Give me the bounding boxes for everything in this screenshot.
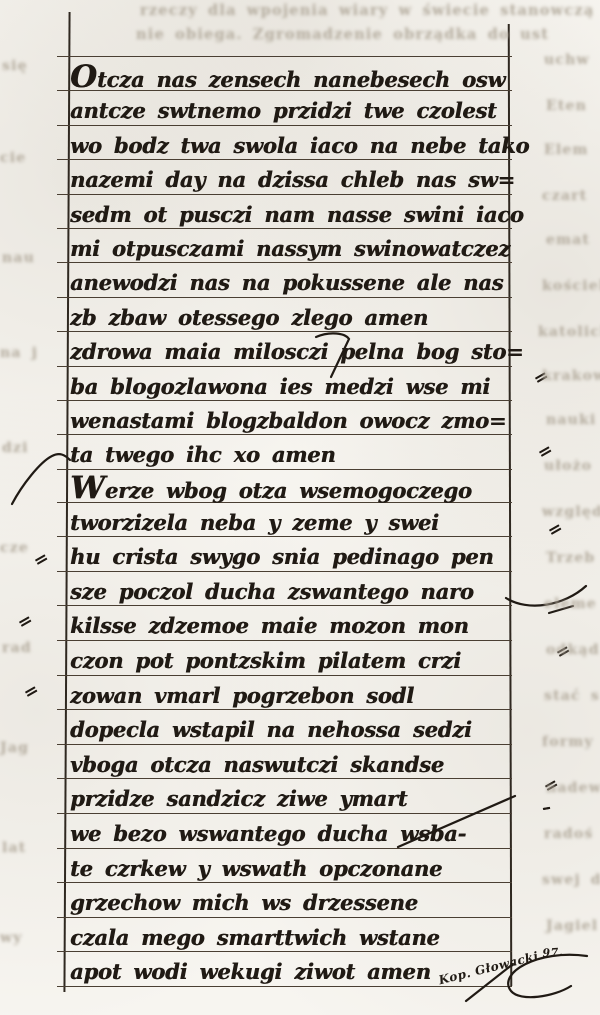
manuscript-line: sze poczol ducha zswantego naro: [57, 572, 512, 607]
manuscript-line: przidze sandzicz ziwe ymart: [57, 779, 512, 814]
manuscript-line: we bezo wswantego ducha wsba-: [57, 814, 512, 849]
bleedthrough-print-text: odkąd: [546, 642, 600, 658]
creed-text-block: Werze wbog otza wsemogoczegotworzizela n…: [57, 468, 512, 987]
manuscript-line: czon pot pontzskim pilatem crzi: [57, 641, 512, 676]
manuscript-line: Otcza nas zensech nanebesech osw: [57, 57, 512, 91]
bleedthrough-print-text: Jagiel: [546, 918, 598, 934]
manuscript-line: ta twego ihc xo amen: [57, 435, 512, 469]
bleedthrough-print-text: nadew: [546, 780, 600, 796]
manuscript-line: hu crista swygo snia pedinago pen: [57, 537, 512, 572]
manuscript-line: Werze wbog otza wsemogoczego: [57, 468, 512, 503]
bleedthrough-print-text: lat: [2, 840, 26, 856]
bleedthrough-print-text: eleme: [544, 596, 597, 612]
manuscript-line: te czrkew y wswath opczonane: [57, 849, 512, 884]
manuscript-line: wo bodz twa swola iaco na nebe tako: [57, 126, 512, 160]
manuscript-line: zb zbaw otessego zlego amen: [57, 298, 512, 332]
bleedthrough-print-text: na j: [0, 345, 38, 361]
bleedthrough-print-text: Trzeb: [546, 550, 595, 566]
bleedthrough-print-text: Eten: [546, 98, 587, 114]
manuscript-line: ba blogozlawona ies medzi wse mi: [57, 367, 512, 401]
margin-hyphen-mark: –: [540, 797, 552, 818]
bleedthrough-print-text: ułożo: [544, 458, 592, 474]
manuscript-line: kilsse zdzemoe maie mozon mon: [57, 606, 512, 641]
bleedthrough-print-text: nauki: [546, 412, 596, 428]
manuscript-line: wenastami blogzbaldon owocz zmo=: [57, 401, 512, 435]
manuscript-line: vboga otcza naswutczi skandse: [57, 745, 512, 780]
manuscript-line: mi otpusczami nassym swinowatczez: [57, 229, 512, 263]
margin-hyphen-mark: =: [20, 680, 42, 704]
bleedthrough-print-text: Elem: [544, 142, 589, 158]
bleedthrough-print-text: krakow: [542, 368, 600, 384]
manuscript-line: sedm ot pusczi nam nasse swini iaco: [57, 195, 512, 229]
bleedthrough-print-text: względ: [542, 504, 600, 520]
bleedthrough-print-text: swej d: [542, 872, 600, 888]
bleedthrough-print-text: Jag: [0, 740, 29, 756]
bleedthrough-print-text: wy: [0, 930, 23, 946]
margin-hyphen-mark: =: [544, 518, 566, 542]
bleedthrough-print-text: rzeczy dla wpojenia wiary w świecie stan…: [140, 2, 600, 19]
margin-hyphen-mark: =: [14, 610, 36, 634]
manuscript-scan-page: Otcza nas zensech nanebesech oswantcze s…: [0, 0, 600, 1015]
bleedthrough-print-text: nau: [2, 250, 35, 266]
margin-hyphen-mark: =: [30, 548, 52, 572]
manuscript-line: czala mego smarttwich wstane: [57, 918, 512, 953]
manuscript-line: grzechow mich ws drzessene: [57, 883, 512, 918]
prayer-text-block: Otcza nas zensech nanebesech oswantcze s…: [57, 56, 512, 470]
bleedthrough-print-text: nie obiega. Zgromadzenie obrządka do ust: [136, 26, 549, 43]
bleedthrough-print-text: radoś: [544, 826, 593, 842]
bleedthrough-print-text: cze: [0, 540, 29, 556]
bleedthrough-print-text: cie: [0, 150, 26, 166]
bleedthrough-print-text: rad: [2, 640, 32, 656]
manuscript-line: antcze swtnemo przidzi twe czolest: [57, 91, 512, 125]
manuscript-line: nazemi day na dzissa chleb nas sw=: [57, 160, 512, 194]
manuscript-line: tworzizela neba y zeme y swei: [57, 503, 512, 538]
bleedthrough-print-text: czart: [542, 188, 587, 204]
bleedthrough-print-text: emat: [546, 232, 590, 248]
signature-year: 97.: [542, 945, 563, 959]
manuscript-line: zdrowa maia milosczi pelna bog sto=: [57, 332, 512, 366]
bleedthrough-print-text: dzi: [2, 440, 29, 456]
bleedthrough-print-text: katolicki: [538, 324, 600, 340]
manuscript-line: dopecla wstapil na nehossa sedzi: [57, 710, 512, 745]
bleedthrough-print-text: stać s: [544, 688, 600, 704]
manuscript-line: zowan vmarl pogrzebon sodl: [57, 676, 512, 711]
manuscript-line: anewodzi nas na pokussene ale nas: [57, 263, 512, 297]
bleedthrough-print-text: uchw: [544, 52, 590, 68]
bleedthrough-print-text: formy: [542, 734, 594, 750]
bleedthrough-print-text: się: [2, 58, 28, 74]
bleedthrough-print-text: kościel: [542, 278, 600, 294]
